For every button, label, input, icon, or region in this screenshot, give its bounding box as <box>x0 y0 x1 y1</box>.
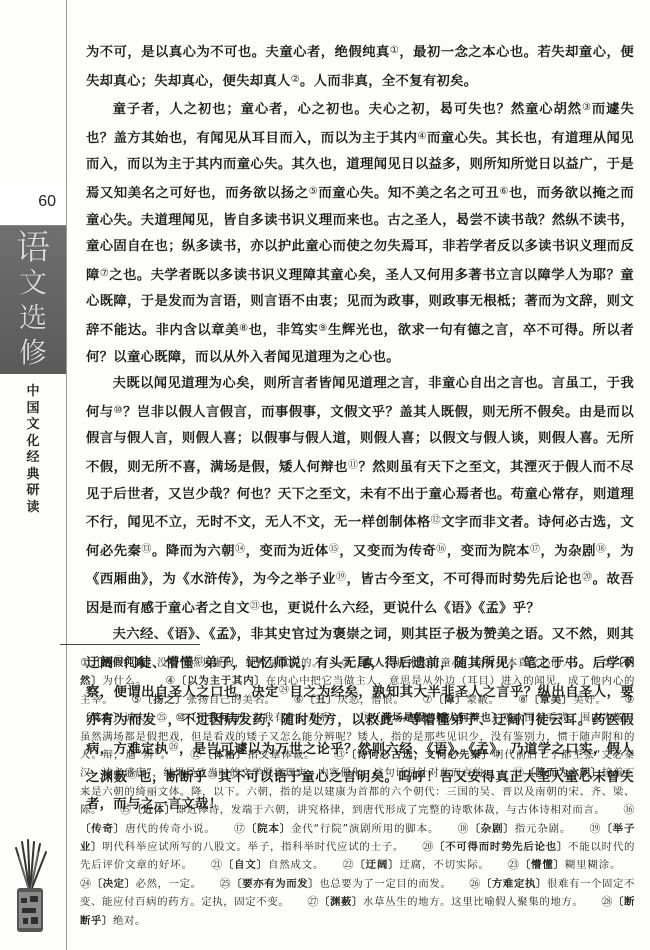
footnote-definition: 指文章体裁。 <box>248 749 316 761</box>
footnote-number: ⑥ <box>294 693 305 706</box>
footnote-item: ⑧〔章美〕美好。 <box>518 694 607 706</box>
footnote-item: ⑫〔体格〕指文章体裁。 <box>190 749 315 761</box>
footnote-definition: 没有一点儿虚假，纯粹是真实的。 <box>157 657 323 669</box>
footnote-term: 〔诗何必古选，文何必先秦〕 <box>346 749 493 761</box>
footnote-term: 〔章美〕 <box>529 694 574 706</box>
footnote-term: 〔院本〕 <box>246 823 291 835</box>
footnote-marker[interactable]: ② <box>291 74 300 85</box>
footnote-term: 〔笃实〕 <box>80 712 124 724</box>
book-subtitle-char: 经 <box>26 450 39 467</box>
footnote-definition: 指元杂剧。 <box>515 823 572 835</box>
paragraph: 夫既以闻见道理为心矣，则所言者皆闻见道理之言，非童心自出之言也。言虽工，于我何与… <box>86 371 634 622</box>
footnote-definition: 厌恶，憎恨。 <box>338 694 405 706</box>
margin-rule <box>66 0 67 950</box>
footnote-marker[interactable]: ⑰ <box>530 544 541 555</box>
footnote-number: ㉔ <box>80 877 92 890</box>
footnote-number: ㉓ <box>508 858 520 871</box>
footnote-term: 〔自文〕 <box>223 859 268 871</box>
footnote-marker[interactable]: ㉑ <box>250 601 260 612</box>
footnote-term: 〔渊薮〕 <box>319 896 363 908</box>
series-title-char: 选 <box>19 302 47 334</box>
footnote-definition: 蒙蔽。 <box>467 694 500 706</box>
footnote-number: ⑭ <box>513 766 525 779</box>
book-subtitle-char: 文 <box>26 417 39 434</box>
footnote-number: ㉘ <box>601 895 613 908</box>
footnote-definition: 为什么。 <box>102 675 147 687</box>
footnotes: ①〔绝假纯真〕没有一点儿虚假，纯粹是真实的。 ②〔真人〕还未失去童心，而保持本真… <box>80 654 635 930</box>
series-title-char: 修 <box>19 337 47 369</box>
text-run: 为不可，是以真心为不可也。夫童心者，绝假纯真 <box>86 45 390 60</box>
footnote-number: ㉑ <box>211 858 223 871</box>
footnote-definition: 即近体诗，发端于六朝，讲究格律，到唐代形成了完整的诗歌体裁，与古体诗相对而言。 <box>176 804 606 816</box>
footnote-term: 〔丑〕 <box>304 694 337 706</box>
page-number-box: 60 <box>0 183 66 226</box>
footnote-term: 〔于我何与〕 <box>186 712 252 724</box>
footnote-definition: 绝对。 <box>113 915 146 927</box>
footnote-item: ㉕〔要亦有为而发〕也总要为了一定目的而发。 <box>220 878 452 890</box>
footnote-term: 〔决定〕 <box>92 878 136 890</box>
text-run: 。人而非真，全不复有初矣。 <box>300 74 477 89</box>
footnote-marker[interactable]: ⑱ <box>596 544 607 555</box>
text-run: ，变而为近体 <box>246 544 329 559</box>
footnote-marker[interactable]: ⑩ <box>114 405 123 416</box>
footnote-item: ⑥〔丑〕厌恶，憎恨。 <box>294 694 405 706</box>
footnote-item: ②〔真人〕还未失去童心，而保持本真之心的人。 <box>341 657 584 669</box>
book-subtitle-char: 典 <box>26 467 39 484</box>
footnote-definition: 诚实。 <box>124 712 157 724</box>
footnote-number: ⑤ <box>131 693 142 706</box>
footnote-term: 〔降而为六朝〕 <box>525 767 602 779</box>
footnote-definition: 糊里糊涂。 <box>565 859 621 871</box>
footnote-number: ㉒ <box>343 858 355 871</box>
footnote-number: ⑫ <box>190 748 202 761</box>
series-title-char: 文 <box>19 267 47 299</box>
book-subtitle: 中 国 文 化 经 典 研 读 <box>0 384 66 516</box>
footnote-definition: 金代“行院”演剧所用的脚本。 <box>291 823 439 835</box>
text-run: 也，非笃实 <box>249 323 319 338</box>
footnote-definition: 明代科举应试所写的八股文。举子，指科举时代应试的士子。 <box>102 841 404 853</box>
text-run: 。降而为六朝 <box>152 544 235 559</box>
text-run: ，又变而为传奇 <box>339 544 436 559</box>
footnote-marker[interactable]: ③ <box>582 102 592 113</box>
footnote-definition: 还未失去童心，而保持本真之心的人。 <box>396 657 584 669</box>
footnote-number: ⑮ <box>120 803 132 816</box>
footnote-number: ⑧ <box>518 693 529 706</box>
book-subtitle-char: 研 <box>26 483 39 500</box>
footnote-term: 〔不可得而时势先后论也〕 <box>434 841 568 853</box>
footnote-marker[interactable]: ⑦ <box>100 268 109 279</box>
footnote-term: 〔迂阔〕 <box>354 859 399 871</box>
text-run: 也，更说什么六经，更说什么《语》《孟》乎？ <box>260 601 540 616</box>
footnote-definition: 也总要为了一定目的而发。 <box>319 878 451 890</box>
book-subtitle-char: 中 <box>26 384 39 401</box>
footnote-marker[interactable]: ⑪ <box>348 460 359 471</box>
footnote-number: ③ <box>602 656 613 669</box>
footnote-definition: 水草丛生的地方。这里比喻假人聚集的地方。 <box>363 896 583 908</box>
series-title-band: 语 文 选 修 <box>0 226 66 374</box>
footnote-number: ⑳ <box>422 840 434 853</box>
footnote-item: ⑦〔障〕蒙蔽。 <box>423 694 500 706</box>
footnote-number: ⑨ <box>625 693 635 706</box>
footnote-definition: 美好。 <box>573 694 606 706</box>
footnote-number: ㉖ <box>469 877 481 890</box>
footnote-number: ⑩ <box>175 711 186 724</box>
footnote-item: ⑩〔于我何与〕与我有什么关系？ <box>175 712 340 724</box>
book-subtitle-char: 读 <box>26 500 39 517</box>
footnote-definition: 唐代的传奇小说。 <box>125 823 215 835</box>
page-number: 60 <box>38 193 56 211</box>
paragraph: 童子者，人之初也；童心者，心之初也。夫心之初，曷可失也？然童心胡然③而遽失也？盖… <box>86 95 634 371</box>
footnote-definition: 与我有什么关系？ <box>252 712 340 724</box>
footnote-number: ① <box>80 656 91 669</box>
footnote-item: ⑱〔杂剧〕指元杂剧。 <box>458 823 572 835</box>
footnote-number: ⑦ <box>423 693 434 706</box>
text-run: 而童心失。知不美之名之可丑 <box>318 186 499 201</box>
footnote-item: ㉓〔懵懂〕糊里糊涂。 <box>508 859 621 871</box>
footnote-marker[interactable]: ⑧ <box>239 323 249 334</box>
footnote-marker[interactable]: ⑭ <box>235 544 246 555</box>
footnote-term: 〔方难定执〕 <box>481 878 547 890</box>
footnote-term: 〔近体〕 <box>132 804 176 816</box>
footnote-number: ㉗ <box>307 895 319 908</box>
footnote-marker[interactable]: ⑨ <box>318 323 328 334</box>
footnote-number: ㉕ <box>220 877 232 890</box>
book-subtitle-char: 国 <box>26 401 39 418</box>
footnote-number: ⑯ <box>623 803 635 816</box>
brush-pot-icon <box>10 838 50 938</box>
footnote-item: ㉗〔渊薮〕水草丛生的地方。这里比喻假人聚集的地方。 <box>307 896 583 908</box>
footnote-item: ㉒〔迂阔〕迂腐，不切实际。 <box>343 859 490 871</box>
footnote-number: ⑱ <box>458 822 470 835</box>
paragraph: 为不可，是以真心为不可也。夫童心者，绝假纯真①，最初一念之本心也。若失却童心，便… <box>86 38 634 95</box>
footnote-marker[interactable]: ⑤ <box>309 186 319 197</box>
footnote-term: 〔绝假纯真〕 <box>91 657 157 669</box>
footnote-term: 〔满场是假，矮人何辩也〕 <box>370 712 503 724</box>
text-run: ，皆古今至文，不可得而时势先后论也 <box>347 572 583 587</box>
book-subtitle-char: 化 <box>26 434 39 451</box>
footnote-definition: 张扬自己的美名。 <box>187 694 276 706</box>
series-title-char: 语 <box>16 232 50 264</box>
footnote-marker[interactable]: ① <box>390 45 399 56</box>
footnote-marker[interactable]: ⑲ <box>336 572 347 583</box>
footnote-definition: 自然成文。 <box>268 859 324 871</box>
footnote-number: ④ <box>165 674 176 687</box>
footnote-item: ⑤〔扬之〕张扬自己的美名。 <box>131 694 275 706</box>
text-run: ，变而为院本 <box>447 544 530 559</box>
footnote-marker[interactable]: ⑫ <box>431 515 442 526</box>
footnote-definition: 迂腐，不切实际。 <box>400 859 490 871</box>
footnote-number: ⑰ <box>234 822 246 835</box>
footnote-item: ①〔绝假纯真〕没有一点儿虚假，纯粹是真实的。 <box>80 657 323 669</box>
footnote-item: ㉔〔决定〕必然，一定。 <box>80 878 202 890</box>
text-run: ，为杂剧 <box>541 544 596 559</box>
footnote-marker[interactable]: ④ <box>418 131 427 142</box>
footnote-number: ⑬ <box>334 748 346 761</box>
footnote-term: 〔传奇〕 <box>80 823 125 835</box>
footnote-number: ⑲ <box>589 822 601 835</box>
footnote-term: 〔障〕 <box>433 694 466 706</box>
footnote-term: 〔要亦有为而发〕 <box>231 878 319 890</box>
footnote-marker[interactable]: ⑮ <box>329 544 340 555</box>
footnote-marker[interactable]: ⑥ <box>499 186 509 197</box>
footnote-item: ㉑〔自文〕自然成文。 <box>211 859 324 871</box>
footnote-term: 〔杂剧〕 <box>469 823 514 835</box>
footnote-marker[interactable]: ⑬ <box>141 544 152 555</box>
footnote-number: ② <box>341 656 352 669</box>
footnote-term: 〔以为主于其内〕 <box>176 675 266 687</box>
footnote-term: 〔真人〕 <box>352 657 396 669</box>
footnote-marker[interactable]: ⑯ <box>436 544 447 555</box>
footnote-definition: 必然，一定。 <box>136 878 202 890</box>
footnote-term: 〔体格〕 <box>202 749 247 761</box>
footnote-number: ⑪ <box>358 711 370 724</box>
footnote-marker[interactable]: ⑳ <box>582 572 593 583</box>
footnote-term: 〔扬之〕 <box>142 694 187 706</box>
footnote-item: ⑰〔院本〕金代“行院”演剧所用的脚本。 <box>234 823 439 835</box>
footnote-divider <box>60 644 200 645</box>
text-run: 童子者，人之初也；童心者，心之初也。夫心之初，曷可失也？然童心胡然 <box>113 102 582 117</box>
footnote-term: 〔懵懂〕 <box>520 859 565 871</box>
footnote-item: ⑮〔近体〕即近体诗，发端于六朝，讲究格律，到唐代形成了完整的诗歌体裁，与古体诗相… <box>120 804 605 816</box>
